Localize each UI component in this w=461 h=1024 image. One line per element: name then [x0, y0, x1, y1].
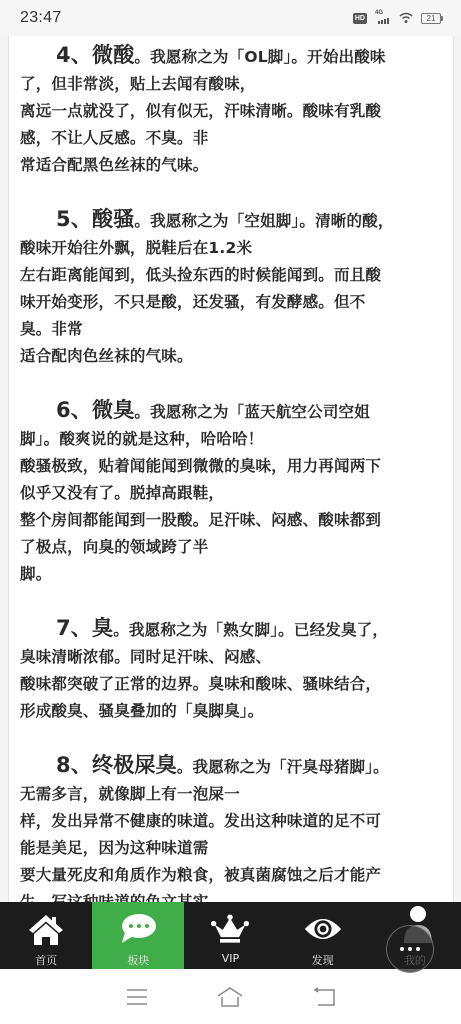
- section-line: 能是美足，因为这种味道需: [20, 835, 441, 862]
- section-heading: 5、酸骚: [56, 207, 134, 231]
- back-icon[interactable]: [309, 982, 339, 1012]
- section-line: 离远一点就没了，似有似无，汗味清晰。酸味有乳酸: [20, 98, 441, 125]
- status-icons: HD 4G 21: [353, 12, 443, 24]
- section-line: 常适合配黑色丝袜的气味。: [20, 152, 441, 179]
- section-line: 左右距离能闻到，低头捡东西的时候能闻到。而且酸: [20, 262, 441, 289]
- section-line: 味开始变形，不只是酸，还发骚，有发酵感。但不: [20, 289, 441, 316]
- section-line: 酸骚极致，贴着闻能闻到微微的臭味，用力再闻两下: [20, 453, 441, 480]
- section-line: 脚」。酸爽说的就是这种，哈哈哈！: [20, 426, 441, 453]
- tab-label: 板块: [127, 952, 149, 968]
- article-section-6: 6、微臭。我愿称之为「蓝天航空公司空姐 脚」。酸爽说的就是这种，哈哈哈！ 酸骚极…: [20, 397, 441, 588]
- section-line: 似乎又没有了。脱掉高跟鞋，: [20, 480, 441, 507]
- status-bar: 23:47 HD 4G 21: [0, 0, 461, 36]
- section-line: 。我愿称之为「熟女脚」。已经发臭了，: [113, 621, 388, 639]
- section-line: 了，但非常淡，贴上去闻有酸味，: [20, 71, 441, 98]
- battery-icon: 21: [421, 13, 443, 24]
- section-heading: 8、终极屎臭: [56, 753, 177, 777]
- article-section-4: 4、微酸。我愿称之为「OL脚」。开始出酸味 了，但非常淡，贴上去闻有酸味， 离远…: [20, 42, 441, 179]
- eye-icon: [303, 912, 343, 946]
- tab-label: 首页: [35, 952, 57, 968]
- section-line: 感，不让人反感。不臭。非: [20, 125, 441, 152]
- section-line: 样，发出异常不健康的味道。发出这种味道的足不可: [20, 808, 441, 835]
- section-line: 整个房间都能闻到一股酸。足汗味、闷感、酸味都到: [20, 507, 441, 534]
- section-line: 。我愿称之为「汗臭母猪脚」。: [177, 758, 389, 776]
- article-section-7: 7、臭。我愿称之为「熟女脚」。已经发臭了， 臭味清晰浓郁。同时足汗味、闷感、 酸…: [20, 615, 441, 725]
- dot-icon: [400, 947, 404, 951]
- hd-icon: HD: [353, 13, 367, 24]
- tab-label: 发现: [312, 952, 334, 968]
- cellular-signal-icon: 4G: [375, 12, 391, 24]
- section-line: 无需多言，就像脚上有一泡屎一: [20, 781, 441, 808]
- section-line: 生。写这种味道的色文其实: [20, 889, 441, 902]
- system-nav-bar: [0, 969, 461, 1024]
- section-heading: 7、臭: [56, 616, 113, 640]
- dot-icon: [416, 947, 420, 951]
- floating-more-button[interactable]: [386, 925, 434, 973]
- status-time: 23:47: [20, 9, 62, 27]
- section-line: 适合配肉色丝袜的气味。: [20, 343, 441, 370]
- section-line: 要大量死皮和角质作为粮食，被真菌腐蚀之后才能产: [20, 862, 441, 889]
- article-section-8: 8、终极屎臭。我愿称之为「汗臭母猪脚」。 无需多言，就像脚上有一泡屎一 样，发出…: [20, 752, 441, 902]
- tab-boards[interactable]: 板块: [92, 902, 184, 969]
- section-line: 形成酸臭、骚臭叠加的「臭脚臭」。: [20, 698, 441, 725]
- tab-vip[interactable]: VIP: [184, 902, 276, 969]
- dot-icon: [408, 947, 412, 951]
- tab-home[interactable]: 首页: [0, 902, 92, 969]
- battery-level: 21: [421, 13, 441, 24]
- article-section-5: 5、酸骚。我愿称之为「空姐脚」。清晰的酸， 酸味开始往外飘，脱鞋后在1.2米 左…: [20, 206, 441, 370]
- section-line: 了极点，向臭的领域跨了半: [20, 534, 441, 561]
- section-line: 臭。非常: [20, 316, 441, 343]
- section-heading: 6、微臭: [56, 398, 134, 422]
- section-line: 臭味清晰浓郁。同时足汗味、闷感、: [20, 644, 441, 671]
- wifi-icon: [399, 12, 413, 24]
- section-line: 酸味都突破了正常的边界。臭味和酸味、骚味结合，: [20, 671, 441, 698]
- home-outline-icon[interactable]: [215, 982, 245, 1012]
- section-line: 。我愿称之为「空姐脚」。清晰的酸，: [134, 212, 393, 230]
- chat-bubble-icon: [118, 912, 158, 946]
- section-line: 。我愿称之为「OL脚」。开始出酸味: [134, 48, 385, 66]
- section-line: 。我愿称之为「蓝天航空公司空姐: [134, 403, 370, 421]
- section-heading: 4、微酸: [56, 43, 134, 67]
- section-line: 酸味开始往外飘，脱鞋后在1.2米: [20, 235, 441, 262]
- section-line: 脚。: [20, 561, 441, 588]
- network-type-label: 4G: [375, 10, 383, 16]
- crown-icon: [210, 912, 250, 946]
- tab-label: VIP: [222, 952, 239, 965]
- tab-discover[interactable]: 发现: [277, 902, 369, 969]
- article-content[interactable]: 4、微酸。我愿称之为「OL脚」。开始出酸味 了，但非常淡，贴上去闻有酸味， 离远…: [8, 36, 454, 902]
- home-icon: [26, 912, 66, 946]
- menu-icon[interactable]: [122, 982, 152, 1012]
